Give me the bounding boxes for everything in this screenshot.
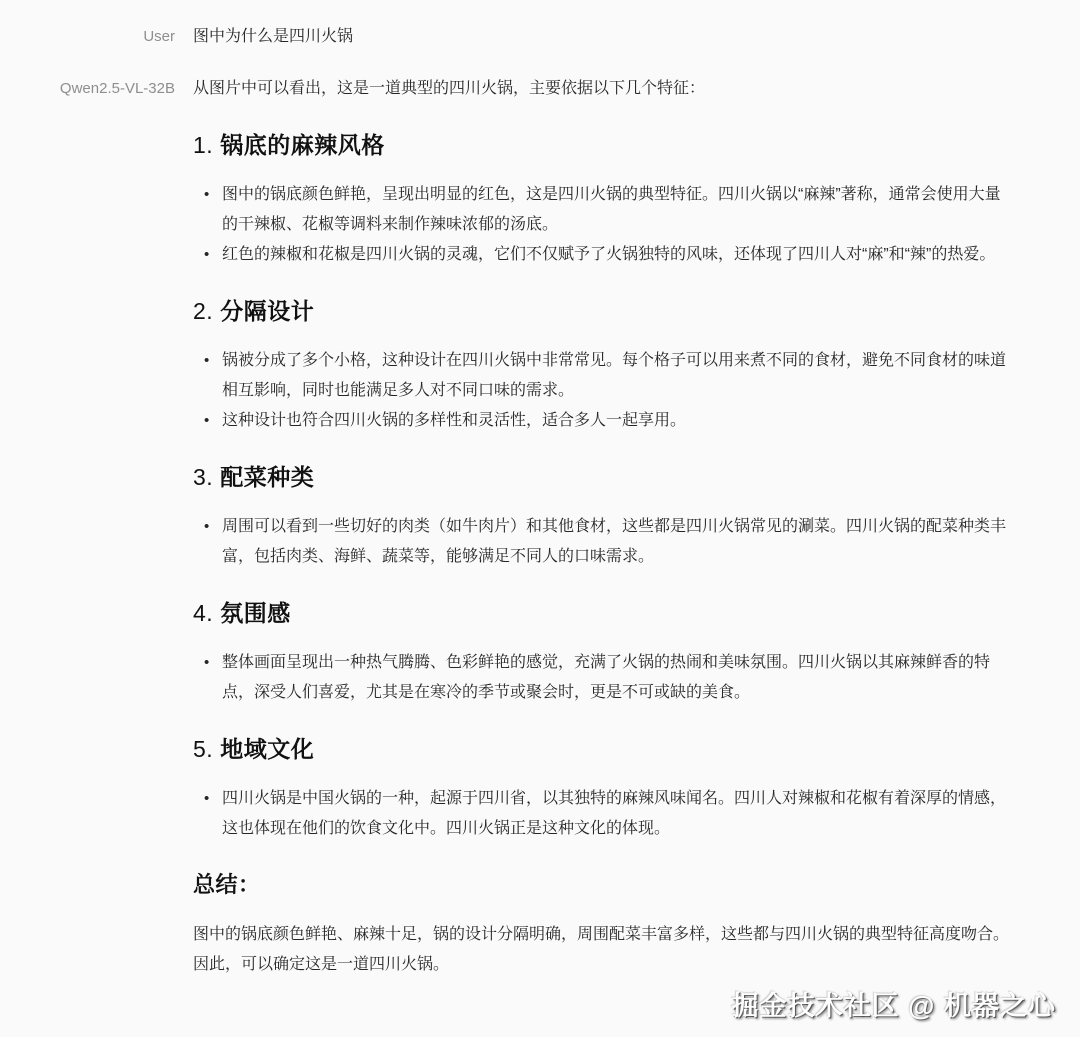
assistant-speaker-label: Qwen2.5-VL-32B [0, 74, 175, 980]
section-list-5: 四川火锅是中国火锅的一种，起源于四川省，以其独特的麻辣风味闻名。四川人对辣椒和花… [193, 784, 1010, 844]
section-heading-3: 3.配菜种类 [193, 462, 1010, 492]
section-number: 5. [193, 736, 213, 762]
summary-text: 图中的锅底颜色鲜艳、麻辣十足，锅的设计分隔明确，周围配菜丰富多样，这些都与四川火… [193, 920, 1010, 980]
section-number: 1. [193, 132, 213, 158]
section-list-2: 锅被分成了多个小格，这种设计在四川火锅中非常常见。每个格子可以用来煮不同的食材，… [193, 346, 1010, 436]
section-heading-1: 1.锅底的麻辣风格 [193, 130, 1010, 160]
section-number: 4. [193, 600, 213, 626]
section-title: 分隔设计 [220, 298, 314, 324]
watermark-text: 掘金技术社区 @ 机器之心 [732, 984, 1056, 1023]
answer-intro: 从图片中可以看出，这是一道典型的四川火锅，主要依据以下几个特征： [193, 74, 1010, 104]
list-item: 整体画面呈现出一种热气腾腾、色彩鲜艳的感觉，充满了火锅的热闹和美味氛围。四川火锅… [193, 648, 1010, 708]
user-message: User 图中为什么是四川火锅 [0, 22, 1080, 52]
section-list-1: 图中的锅底颜色鲜艳，呈现出明显的红色，这是四川火锅的典型特征。四川火锅以“麻辣”… [193, 180, 1010, 270]
summary-heading: 总结： [193, 870, 1010, 900]
section-list-3: 周围可以看到一些切好的肉类（如牛肉片）和其他食材，这些都是四川火锅常见的涮菜。四… [193, 512, 1010, 572]
section-heading-4: 4.氛围感 [193, 598, 1010, 628]
section-heading-5: 5.地域文化 [193, 734, 1010, 764]
section-number: 3. [193, 464, 213, 490]
section-title: 氛围感 [220, 600, 291, 626]
section-heading-2: 2.分隔设计 [193, 296, 1010, 326]
chat-page: User 图中为什么是四川火锅 Qwen2.5-VL-32B 从图片中可以看出，… [0, 0, 1080, 1037]
list-item: 周围可以看到一些切好的肉类（如牛肉片）和其他食材，这些都是四川火锅常见的涮菜。四… [193, 512, 1010, 572]
list-item: 这种设计也符合四川火锅的多样性和灵活性，适合多人一起享用。 [193, 406, 1010, 436]
section-title: 锅底的麻辣风格 [220, 132, 385, 158]
user-question-text: 图中为什么是四川火锅 [193, 22, 1010, 52]
user-speaker-label: User [0, 22, 175, 52]
list-item: 锅被分成了多个小格，这种设计在四川火锅中非常常见。每个格子可以用来煮不同的食材，… [193, 346, 1010, 406]
section-list-4: 整体画面呈现出一种热气腾腾、色彩鲜艳的感觉，充满了火锅的热闹和美味氛围。四川火锅… [193, 648, 1010, 708]
section-title: 配菜种类 [220, 464, 314, 490]
list-item: 红色的辣椒和花椒是四川火锅的灵魂，它们不仅赋予了火锅独特的风味，还体现了四川人对… [193, 240, 1010, 270]
assistant-message: Qwen2.5-VL-32B 从图片中可以看出，这是一道典型的四川火锅，主要依据… [0, 74, 1080, 980]
section-title: 地域文化 [220, 736, 314, 762]
list-item: 图中的锅底颜色鲜艳，呈现出明显的红色，这是四川火锅的典型特征。四川火锅以“麻辣”… [193, 180, 1010, 240]
list-item: 四川火锅是中国火锅的一种，起源于四川省，以其独特的麻辣风味闻名。四川人对辣椒和花… [193, 784, 1010, 844]
assistant-answer-body: 从图片中可以看出，这是一道典型的四川火锅，主要依据以下几个特征： 1.锅底的麻辣… [193, 74, 1010, 980]
section-number: 2. [193, 298, 213, 324]
